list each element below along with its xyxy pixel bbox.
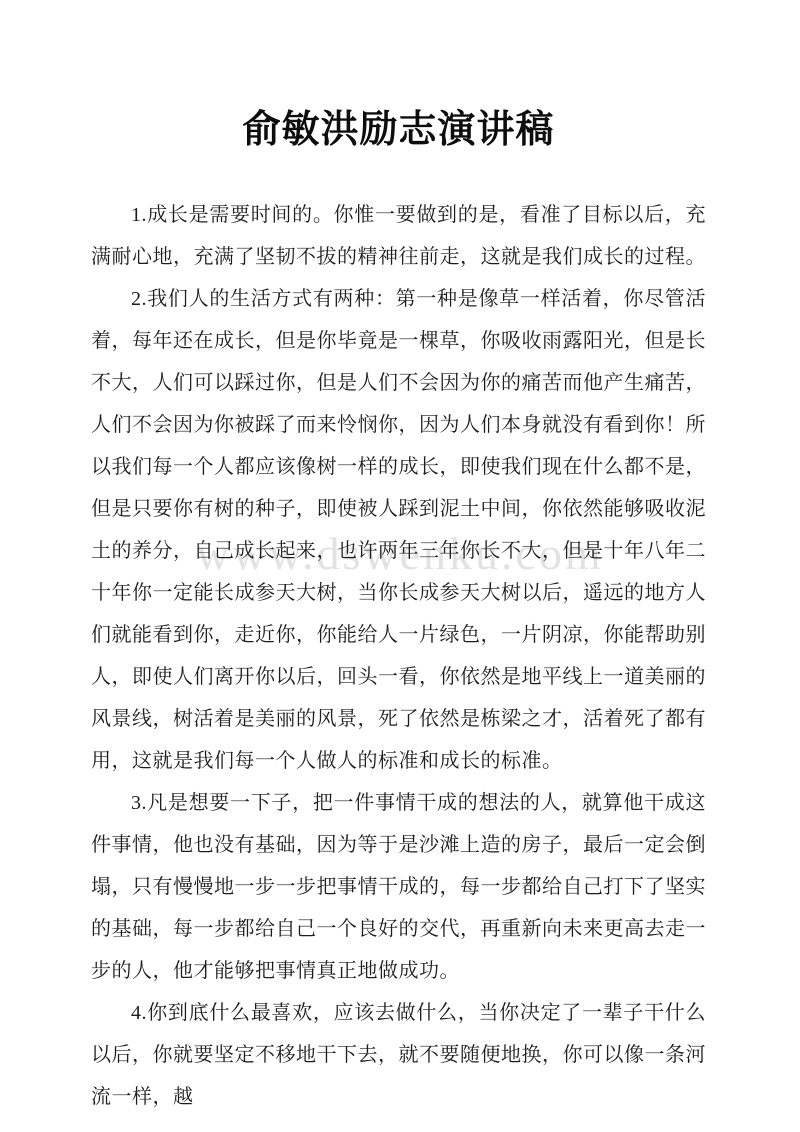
document-content: 俞敏洪励志演讲稿 1.成长是需要时间的。你惟一要做到的是，看准了目标以后，充满耐… bbox=[0, 0, 800, 1118]
paragraph-3: 3.凡是想要一下子，把一件事情干成的想法的人，就算他干成这件事情，他也没有基础，… bbox=[91, 782, 706, 992]
paragraph-1: 1.成长是需要时间的。你惟一要做到的是，看准了目标以后，充满耐心地，充满了坚韧不… bbox=[91, 194, 706, 278]
paragraph-4: 4.你到底什么最喜欢，应该去做什么，当你决定了一辈子干什么以后，你就要坚定不移地… bbox=[91, 992, 706, 1118]
document-body: 1.成长是需要时间的。你惟一要做到的是，看准了目标以后，充满耐心地，充满了坚韧不… bbox=[91, 194, 706, 1118]
paragraph-2: 2.我们人的生活方式有两种：第一种是像草一样活着，你尽管活着，每年还在成长，但是… bbox=[91, 278, 706, 782]
document-page: www.dswenku.com 俞敏洪励志演讲稿 1.成长是需要时间的。你惟一要… bbox=[0, 0, 800, 1132]
document-title: 俞敏洪励志演讲稿 bbox=[91, 0, 706, 158]
